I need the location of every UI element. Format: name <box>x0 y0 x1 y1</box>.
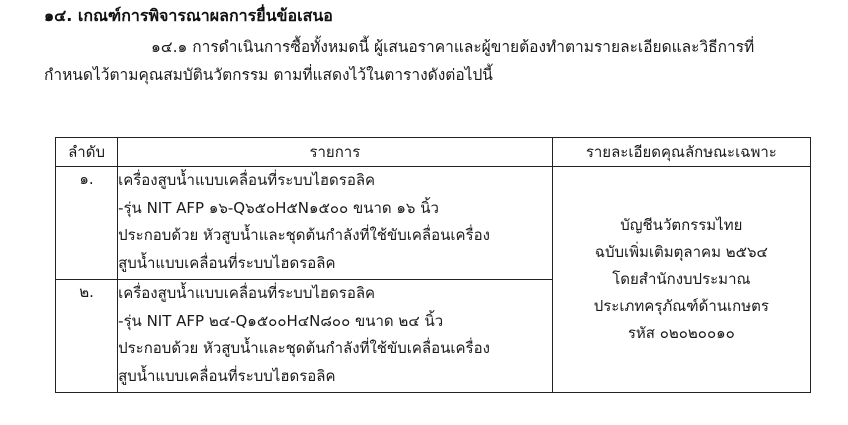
spec-cell: บัญชีนวัตกรรมไทย ฉบับเพิ่มเติมตุลาคม ๒๕๖… <box>552 167 810 393</box>
row-number: ๒. <box>56 280 118 393</box>
item-title: เครื่องสูบน้ำแบบเคลื่อนที่ระบบไฮดรอลิค <box>118 167 552 195</box>
item-desc: ประกอบด้วย หัวสูบน้ำและชุดต้นกำลังที่ใช้… <box>118 335 552 363</box>
header-no: ลำดับ <box>56 138 118 167</box>
row-item: เครื่องสูบน้ำแบบเคลื่อนที่ระบบไฮดรอลิค -… <box>118 280 553 393</box>
item-desc-cont: สูบน้ำแบบเคลื่อนที่ระบบไฮดรอลิค <box>118 250 552 278</box>
item-desc-cont: สูบน้ำแบบเคลื่อนที่ระบบไฮดรอลิค <box>118 363 552 391</box>
item-desc: ประกอบด้วย หัวสูบน้ำและชุดต้นกำลังที่ใช้… <box>118 222 552 250</box>
paragraph-line-1: ๑๔.๑ การดำเนินการซื้อทั้งหมดนี้ ผู้เสนอร… <box>151 34 754 59</box>
spec-line: บัญชีนวัตกรรมไทย <box>553 212 810 239</box>
header-spec: รายละเอียดคุณลักษณะเฉพาะ <box>552 138 810 167</box>
row-number: ๑. <box>56 167 118 280</box>
item-model: -รุ่น NIT AFP ๑๖-Q๖๕๐H๕N๑๕๐๐ ขนาด ๑๖ นิ้… <box>118 195 552 223</box>
specification-table: ลำดับ รายการ รายละเอียดคุณลักษณะเฉพาะ ๑.… <box>55 137 811 393</box>
header-item: รายการ <box>118 138 553 167</box>
section-heading: ๑๔. เกณฑ์การพิจารณาผลการยื่นข้อเสนอ <box>44 4 333 29</box>
spec-line: โดยสำนักงบประมาณ <box>553 266 810 293</box>
paragraph-line-2: กำหนดไว้ตามคุณสมบัตินวัตกรรม ตามที่แสดงไ… <box>44 62 493 87</box>
item-model: -รุ่น NIT AFP ๒๔-Q๑๕๐๐H๔N๘๐๐ ขนาด ๒๔ นิ้… <box>118 308 552 336</box>
spec-line: ประเภทครุภัณฑ์ด้านเกษตร <box>553 293 810 320</box>
row-item: เครื่องสูบน้ำแบบเคลื่อนที่ระบบไฮดรอลิค -… <box>118 167 553 280</box>
spec-line: ฉบับเพิ่มเติมตุลาคม ๒๕๖๔ <box>553 239 810 266</box>
table-row: ๑. เครื่องสูบน้ำแบบเคลื่อนที่ระบบไฮดรอลิ… <box>56 167 811 280</box>
spec-line: รหัส ๐๒๐๒๐๐๑๐ <box>553 320 810 347</box>
item-title: เครื่องสูบน้ำแบบเคลื่อนที่ระบบไฮดรอลิค <box>118 280 552 308</box>
table-header-row: ลำดับ รายการ รายละเอียดคุณลักษณะเฉพาะ <box>56 138 811 167</box>
